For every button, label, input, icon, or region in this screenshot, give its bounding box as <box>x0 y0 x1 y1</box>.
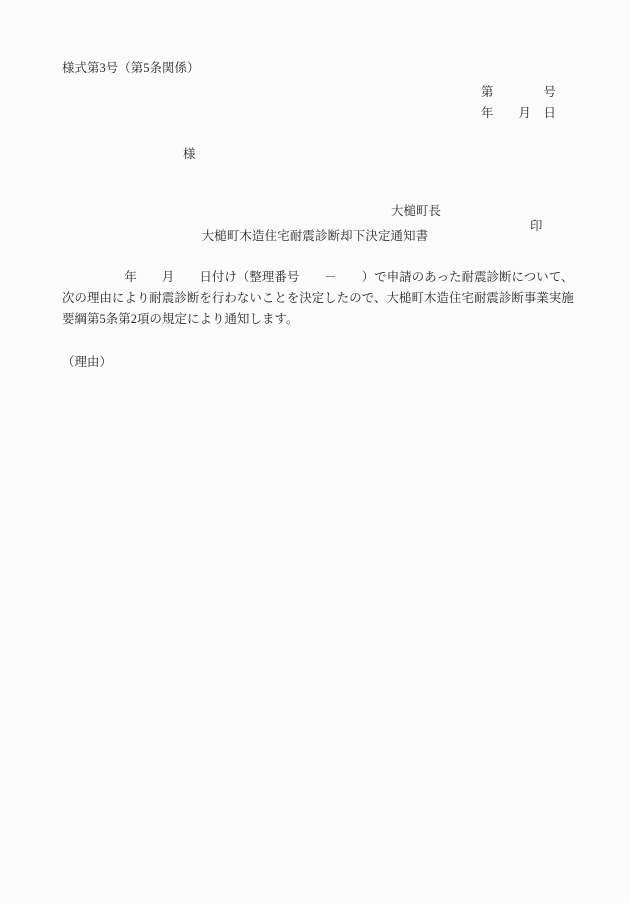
date-line: 年 月 日 <box>481 106 556 121</box>
sender-name: 大槌町長 <box>391 204 441 219</box>
body-line-2: 次の理由により耐震診断を行わないことを決定したので、大槌町木造住宅耐震診断事業実… <box>62 291 574 306</box>
document-title: 大槌町木造住宅耐震診断却下決定通知書 <box>0 229 630 244</box>
document-page: 様式第3号（第5条関係） 第 号 年 月 日 様 大槌町長 印 大槌町木造住宅耐… <box>0 0 630 903</box>
form-number-label: 様式第3号（第5条関係） <box>62 61 200 76</box>
addressee-honorific: 様 <box>183 147 196 162</box>
body-line-1: 年 月 日付け（整理番号 － ）で申請のあった耐震診断について、 <box>62 270 574 285</box>
body-line-3: 要綱第5条第2項の規定により通知します。 <box>62 312 298 327</box>
document-number-line: 第 号 <box>481 85 556 100</box>
reason-label: （理由） <box>62 355 112 370</box>
